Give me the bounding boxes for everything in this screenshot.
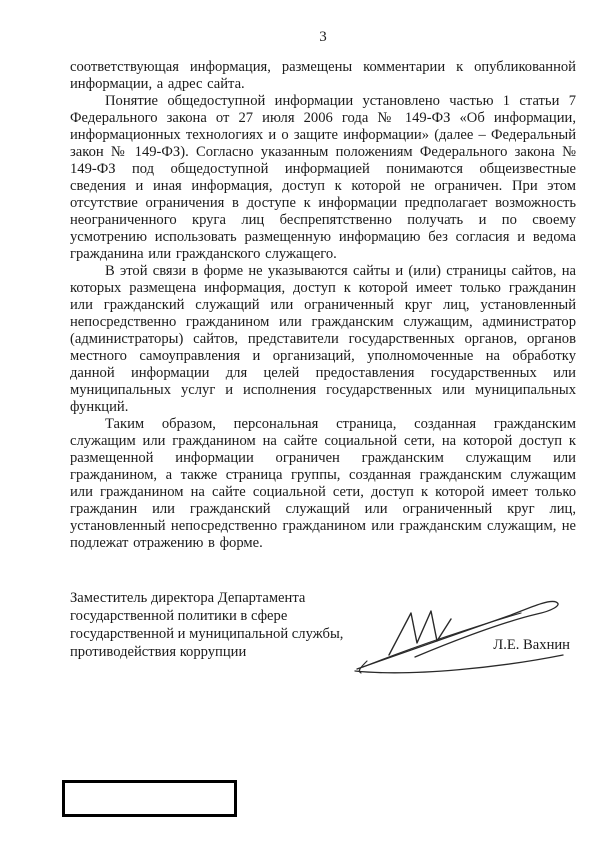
signer-title-line: противодействия коррупции bbox=[70, 643, 370, 661]
signer-name: Л.Е. Вахнин bbox=[488, 636, 570, 654]
paragraph: соответствующая информация, размещены ко… bbox=[70, 59, 576, 93]
signature-block: Заместитель директора Департамента госуд… bbox=[70, 589, 576, 684]
signer-title: Заместитель директора Департамента госуд… bbox=[70, 589, 370, 661]
signer-title-line: государственной политики в сфере bbox=[70, 607, 370, 625]
stamp-box bbox=[62, 780, 237, 817]
page-number: 3 bbox=[70, 29, 576, 46]
signer-title-line: государственной и муниципальной службы, bbox=[70, 625, 370, 643]
paragraph: Таким образом, персональная страница, со… bbox=[70, 416, 576, 552]
paragraph: Понятие общедоступной информации установ… bbox=[70, 93, 576, 263]
document-body: соответствующая информация, размещены ко… bbox=[70, 59, 576, 552]
paragraph: В этой связи в форме не указываются сайт… bbox=[70, 263, 576, 416]
document-page: 3 соответствующая информация, размещены … bbox=[0, 0, 600, 849]
handwritten-signature-icon bbox=[353, 591, 569, 675]
signer-title-line: Заместитель директора Департамента bbox=[70, 589, 370, 607]
